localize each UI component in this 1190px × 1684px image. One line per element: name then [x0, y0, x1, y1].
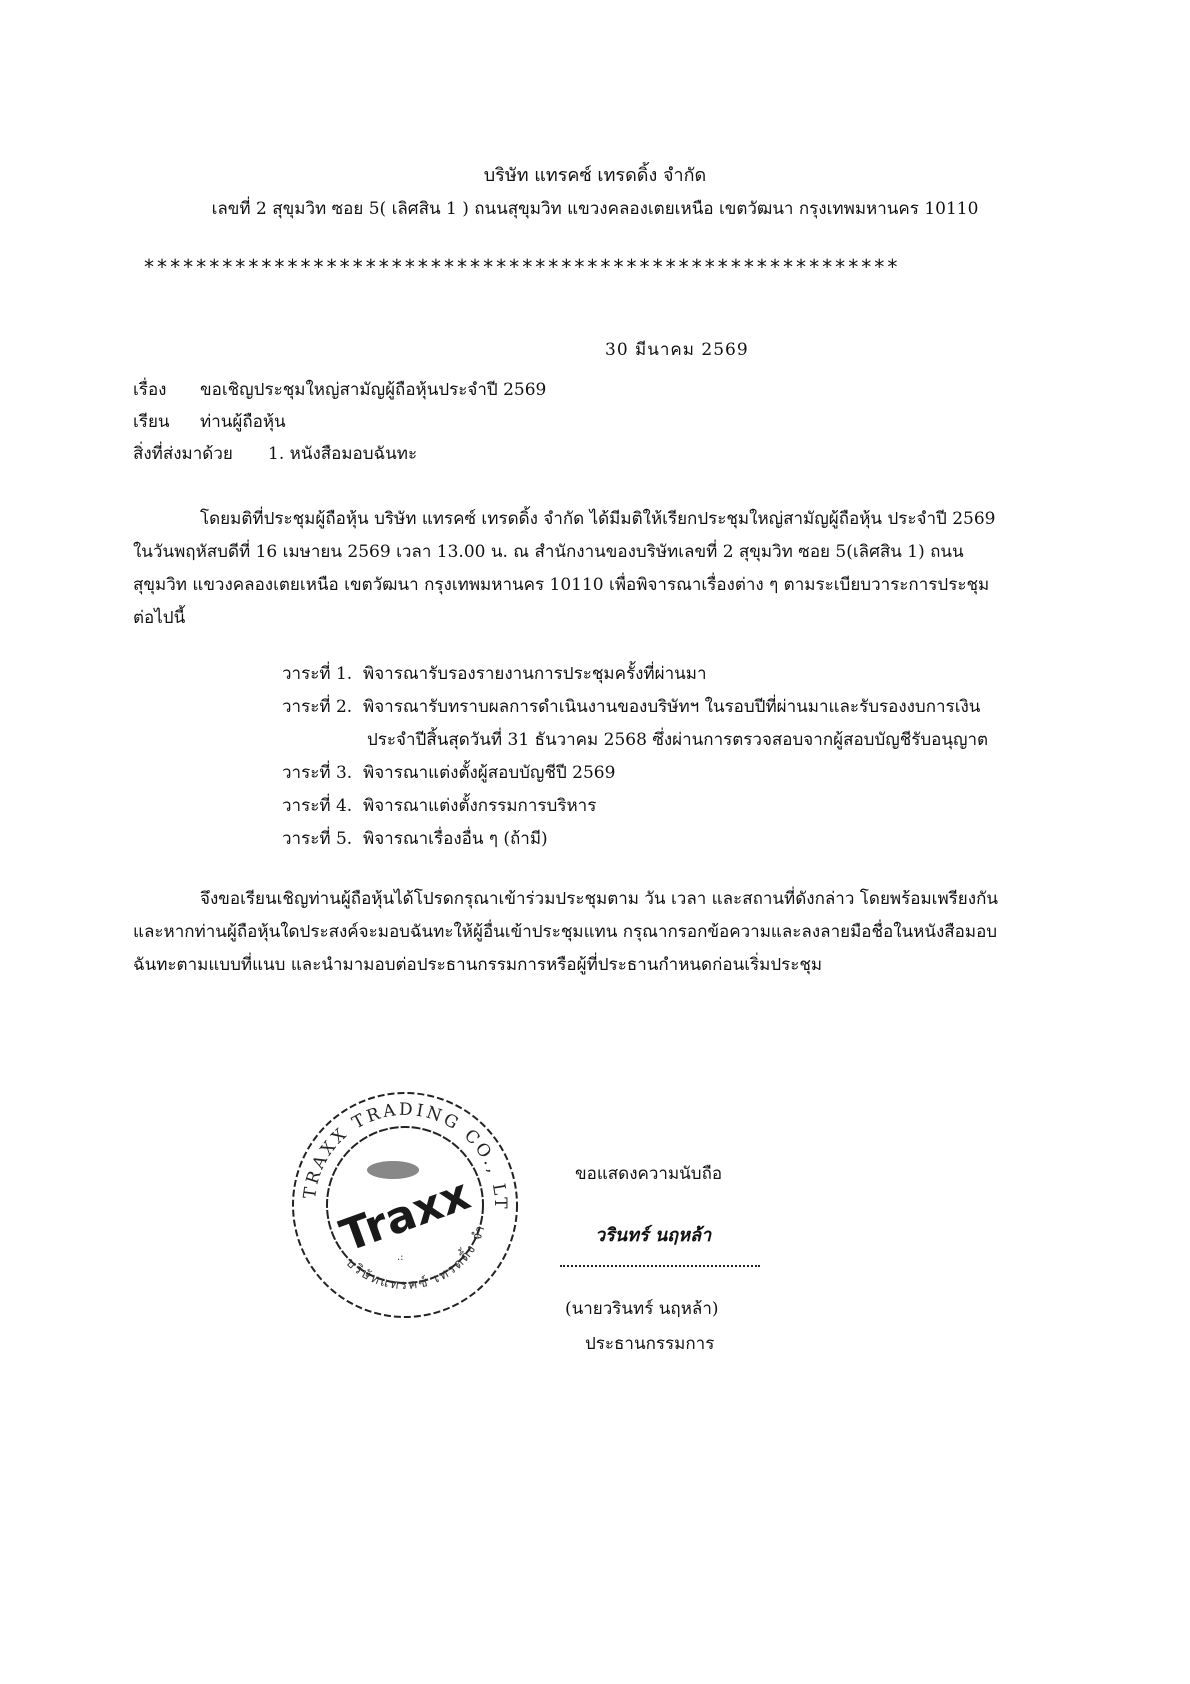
body-line-2: ในวันพฤหัสบดีที่ 16 เมษายน 2569 เวลา 13.… — [133, 538, 964, 565]
body-line-3: สุขุมวิท แขวงคลองเตยเหนือ เขตวัฒนา กรุงเ… — [133, 571, 989, 598]
agenda-item: วาระที่ 3. พิจารณาแต่งตั้งผู้สอบบัญชีปี … — [282, 759, 615, 786]
signatory-name: (นายวรินทร์ นฤหล้า) — [565, 1295, 719, 1322]
agenda-text: พิจารณาเรื่องอื่น ๆ (ถ้ามี) — [363, 829, 548, 849]
company-seal: TRAXX TRADING CO., LTD. บริษัทแทรคซ์ เทร… — [285, 1085, 525, 1325]
agenda-item: วาระที่ 4. พิจารณาแต่งตั้งกรรมการบริหาร — [282, 792, 596, 819]
agenda-label: วาระที่ 3. — [282, 763, 352, 783]
agenda-label: วาระที่ 2. — [282, 697, 352, 717]
agenda-label: วาระที่ 1. — [282, 664, 352, 684]
subject-value: ขอเชิญประชุมใหญ่สามัญผู้ถือหุ้นประจำปี 2… — [200, 376, 546, 403]
svg-text:.:: .: — [397, 1252, 404, 1263]
agenda-item: วาระที่ 5. พิจารณาเรื่องอื่น ๆ (ถ้ามี) — [282, 825, 548, 852]
seal-icon: TRAXX TRADING CO., LTD. บริษัทแทรคซ์ เทร… — [285, 1085, 525, 1325]
agenda-text: พิจารณาแต่งตั้งกรรมการบริหาร — [363, 796, 596, 816]
body-line-1: โดยมติที่ประชุมผู้ถือหุ้น บริษัท แทรคซ์ … — [200, 505, 995, 532]
enclosure-value: 1. หนังสือมอบฉันทะ — [268, 440, 417, 467]
recipient-label: เรียน — [133, 408, 170, 435]
closing-line-2: และหากท่านผู้ถือหุ้นใดประสงค์จะมอบฉันทะใ… — [133, 918, 997, 945]
agenda-text: พิจารณารับรองรายงานการประชุมครั้งที่ผ่าน… — [363, 664, 707, 684]
agenda-item-continuation: ประจำปีสิ้นสุดวันที่ 31 ธันวาคม 2568 ซึ่… — [367, 726, 988, 753]
enclosure-label: สิ่งที่ส่งมาด้วย — [133, 440, 233, 467]
agenda-text: พิจารณาแต่งตั้งผู้สอบบัญชีปี 2569 — [363, 763, 615, 783]
letter-date: 30 มีนาคม 2569 — [605, 336, 749, 363]
signature-line — [560, 1265, 760, 1267]
agenda-text: พิจารณารับทราบผลการดำเนินงานของบริษัทฯ ใ… — [363, 697, 980, 717]
closing-line-3: ฉันทะตามแบบที่แนบ และนำมามอบต่อประธานกรร… — [133, 951, 822, 978]
separator-line: ****************************************… — [143, 255, 899, 279]
svg-text:Traxx: Traxx — [334, 1169, 477, 1263]
agenda-item: วาระที่ 1. พิจารณารับรองรายงานการประชุมค… — [282, 660, 707, 687]
company-name: บริษัท แทรคซ์ เทรดดิ้ง จำกัด — [0, 160, 1190, 189]
agenda-label: วาระที่ 4. — [282, 796, 352, 816]
signature: วรินทร์ นฤหล้า — [595, 1220, 711, 1249]
closing-line-1: จึงขอเรียนเชิญท่านผู้ถือหุ้นได้โปรดกรุณา… — [200, 885, 998, 912]
agenda-label: วาระที่ 5. — [282, 829, 352, 849]
recipient-value: ท่านผู้ถือหุ้น — [200, 408, 286, 435]
closing-regards: ขอแสดงความนับถือ — [575, 1160, 722, 1187]
body-line-4: ต่อไปนี้ — [133, 604, 185, 631]
subject-label: เรื่อง — [133, 376, 166, 403]
agenda-item: วาระที่ 2. พิจารณารับทราบผลการดำเนินงานข… — [282, 693, 980, 720]
company-address: เลขที่ 2 สุขุมวิท ซอย 5( เลิศสิน 1 ) ถนน… — [0, 195, 1190, 222]
signatory-title: ประธานกรรมการ — [585, 1330, 714, 1357]
